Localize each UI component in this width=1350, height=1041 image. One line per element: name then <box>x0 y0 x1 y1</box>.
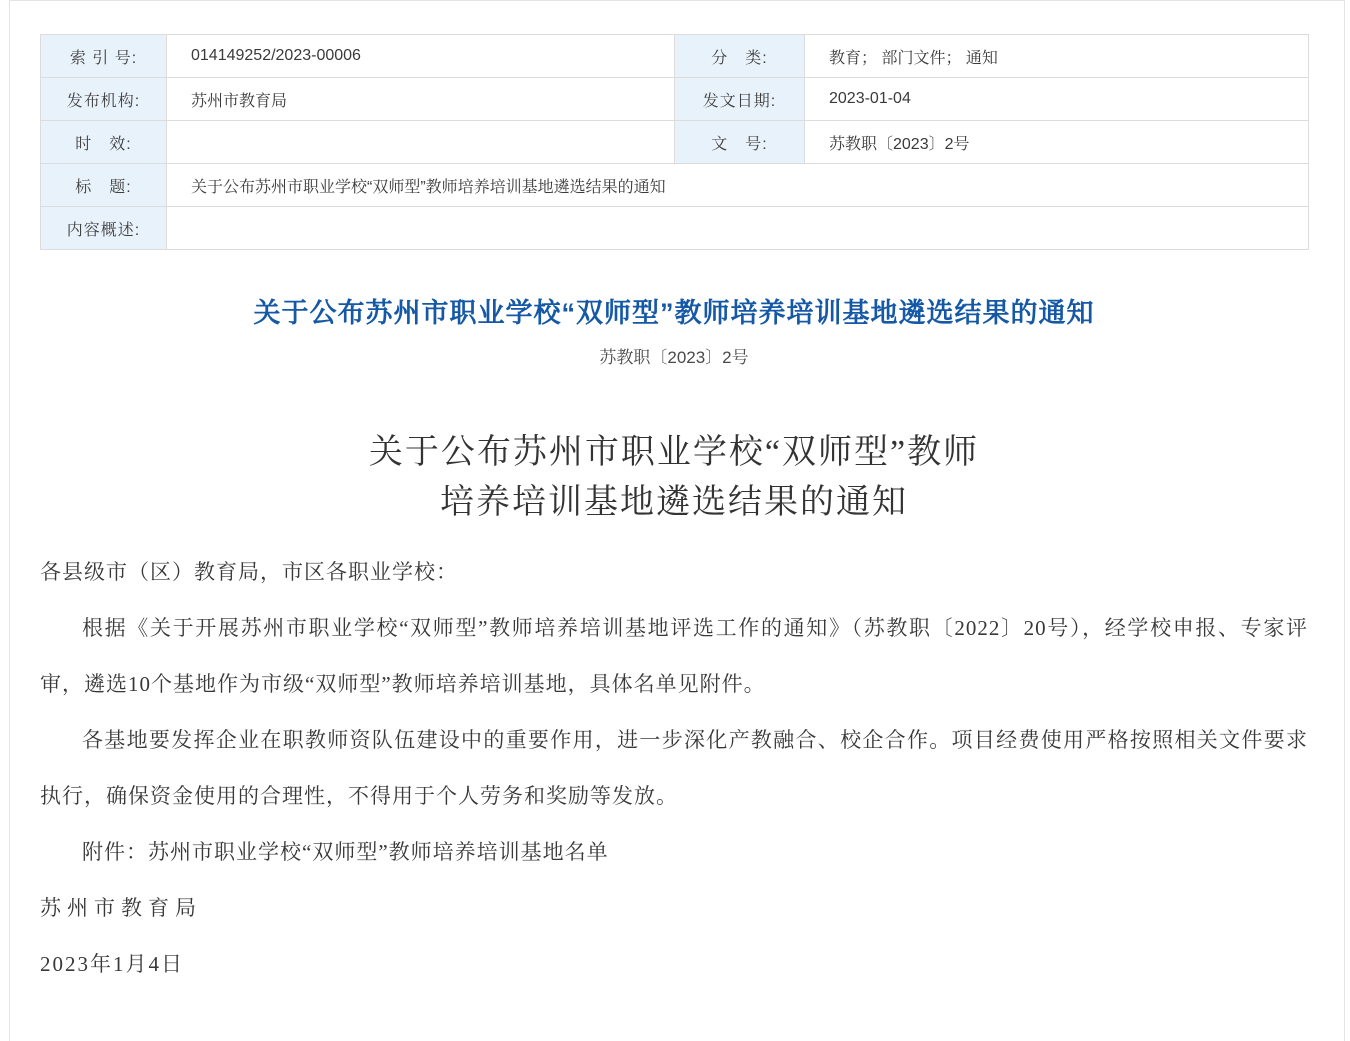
title-value: 关于公布苏州市职业学校“双师型”教师培养培训基地遴选结果的通知 <box>167 164 1309 207</box>
attachment-line: 附件：苏州市职业学校“双师型”教师培养培训基地名单 <box>40 824 1308 880</box>
table-row: 发布机构: 苏州市教育局 发文日期: 2023-01-04 <box>41 78 1309 121</box>
document-page: 索 引 号: 014149252/2023-00006 分 类: 教育； 部门文… <box>9 0 1345 1041</box>
publish-date-label: 发文日期: <box>675 78 805 121</box>
summary-label: 内容概述: <box>41 207 167 250</box>
table-row: 索 引 号: 014149252/2023-00006 分 类: 教育； 部门文… <box>41 35 1309 78</box>
validity-value <box>167 121 675 164</box>
document-main-title-line1: 关于公布苏州市职业学校“双师型”教师 <box>369 434 979 471</box>
validity-label: 时 效: <box>41 121 167 164</box>
doc-number-subtitle: 苏教职〔2023〕2号 <box>40 343 1308 368</box>
title-label: 标 题: <box>41 164 167 207</box>
document-body: 各县级市（区）教育局，市区各职业学校： 根据《关于开展苏州市职业学校“双师型”教… <box>40 544 1308 992</box>
publishing-agency-value: 苏州市教育局 <box>167 78 675 121</box>
document-main-title: 关于公布苏州市职业学校“双师型”教师 培养培训基地遴选结果的通知 <box>40 428 1308 528</box>
page-title: 关于公布苏州市职业学校“双师型”教师培养培训基地遴选结果的通知 <box>40 291 1308 330</box>
body-paragraph-1: 根据《关于开展苏州市职业学校“双师型”教师培养培训基地评选工作的通知》（苏教职〔… <box>40 600 1308 712</box>
body-paragraph-2: 各基地要发挥企业在职教师资队伍建设中的重要作用，进一步深化产教融合、校企合作。项… <box>40 712 1308 824</box>
publish-date-value: 2023-01-04 <box>805 78 1309 121</box>
table-row: 标 题: 关于公布苏州市职业学校“双师型”教师培养培训基地遴选结果的通知 <box>41 164 1309 207</box>
doc-number-value: 苏教职〔2023〕2号 <box>805 121 1309 164</box>
signature-date: 2023年1月4日 <box>40 936 1308 992</box>
table-row: 时 效: 文 号: 苏教职〔2023〕2号 <box>41 121 1309 164</box>
salutation-line: 各县级市（区）教育局，市区各职业学校： <box>40 544 1308 600</box>
category-label: 分 类: <box>675 35 805 78</box>
index-number-value: 014149252/2023-00006 <box>167 35 675 78</box>
publishing-agency-label: 发布机构: <box>41 78 167 121</box>
doc-number-label: 文 号: <box>675 121 805 164</box>
category-value: 教育； 部门文件； 通知 <box>805 35 1309 78</box>
signature-agency: 苏州市教育局 <box>40 880 1308 936</box>
summary-value <box>167 207 1309 250</box>
document-main-title-line2: 培养培训基地遴选结果的通知 <box>440 484 908 521</box>
metadata-table: 索 引 号: 014149252/2023-00006 分 类: 教育； 部门文… <box>40 34 1309 250</box>
index-number-label: 索 引 号: <box>41 35 167 78</box>
table-row: 内容概述: <box>41 207 1309 250</box>
